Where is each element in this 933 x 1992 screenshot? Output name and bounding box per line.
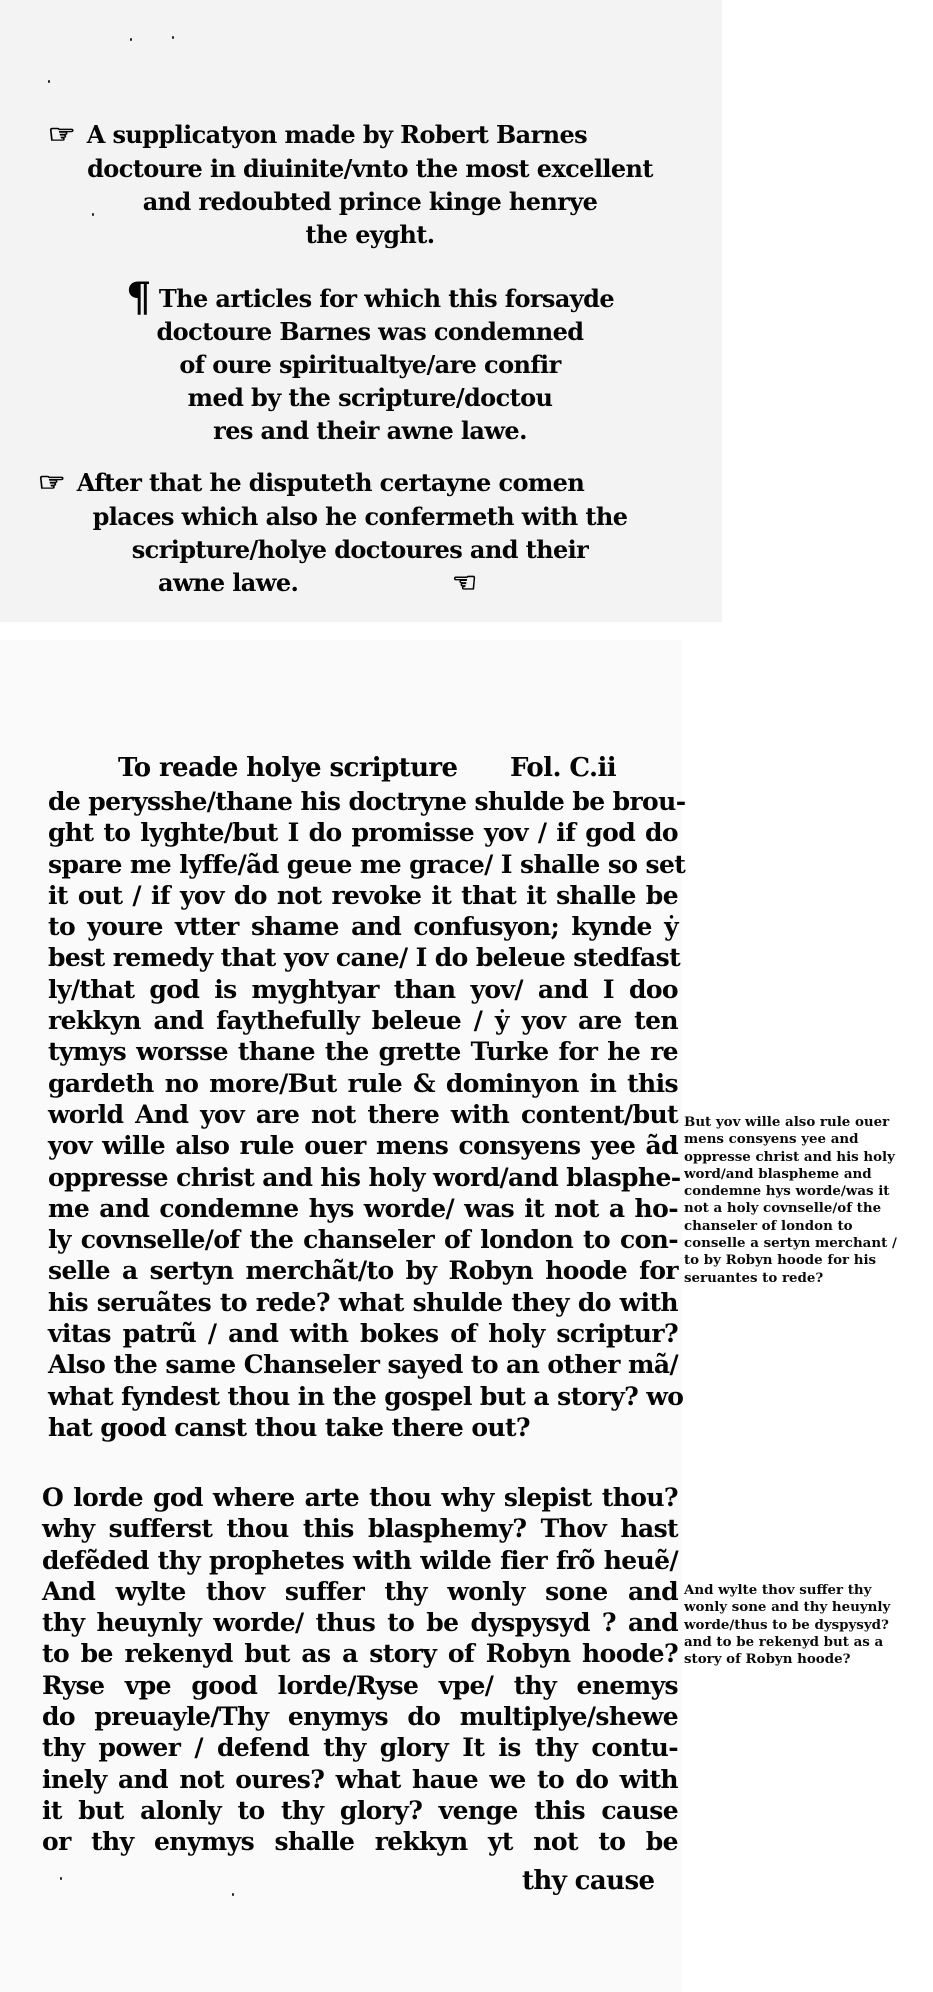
after-line-text: awne lawe. bbox=[158, 568, 298, 597]
text-line: O lorde god where arte thou why slepist … bbox=[42, 1482, 678, 1513]
disputation-heading: ☞After that he disputeth certayne comen … bbox=[40, 466, 680, 599]
after-line: ☞After that he disputeth certayne comen bbox=[40, 466, 680, 500]
text-line: thy power / defend thy glory It is thy c… bbox=[42, 1732, 678, 1763]
articles-line: res and their awne lawe. bbox=[90, 414, 650, 447]
after-line: scripture/holye doctoures and their bbox=[40, 533, 680, 566]
note-line: condemne hys worde/was it bbox=[684, 1183, 933, 1200]
text-line: world And yov are not there with content… bbox=[48, 1099, 678, 1130]
text-line: And wylte thov suffer thy wonly sone and bbox=[42, 1576, 678, 1607]
transcription-note-1: But yov wille also rule ouer mens consye… bbox=[684, 1114, 933, 1287]
pointing-hand-icon: ☞ bbox=[38, 467, 65, 500]
text-line: spare me lyffe/ãd geue me grace/ I shall… bbox=[48, 849, 678, 880]
note-line: seruantes to rede? bbox=[684, 1270, 933, 1287]
note-line: word/and blaspheme and bbox=[684, 1166, 933, 1183]
text-line: it but alonly to thy glory? venge this c… bbox=[42, 1795, 678, 1826]
catchword: thy cause bbox=[522, 1866, 654, 1896]
pointing-hand-left-icon: ☜ bbox=[452, 566, 477, 599]
text-line: hat good canst thou take there out? bbox=[48, 1412, 678, 1443]
text-line: best remedy that yov cane/ I do beleue s… bbox=[48, 942, 678, 973]
text-line: rekkyn and faythefully beleue / ẏ yov ar… bbox=[48, 1005, 678, 1036]
supplication-line: and redoubted prince kinge henrye bbox=[50, 185, 690, 218]
articles-heading: ¶The articles for which this forsayde do… bbox=[90, 282, 650, 447]
ink-speck bbox=[48, 80, 50, 83]
text-line: to youre vtter shame and confusyon; kynd… bbox=[48, 911, 678, 942]
text-line: his seruãtes to rede? what shulde they d… bbox=[48, 1287, 678, 1318]
ink-speck bbox=[172, 36, 174, 39]
text-line: Ryse vpe good lorde/Ryse vpe/ thy enemys bbox=[42, 1670, 678, 1701]
note-line: wonly sone and thy heuynly bbox=[684, 1599, 933, 1616]
text-line: gardeth no more/But rule & dominyon in t… bbox=[48, 1068, 678, 1099]
ink-speck bbox=[60, 1877, 62, 1880]
text-line: or thy enymys shalle rekkyn yt not to be bbox=[42, 1826, 678, 1857]
supplication-line: the eyght. bbox=[50, 218, 690, 251]
text-line: ly covnselle/of the chanseler of london … bbox=[48, 1224, 678, 1255]
text-line: selle a sertyn merchãt/to by Robyn hoode… bbox=[48, 1255, 678, 1286]
articles-line: ¶The articles for which this forsayde bbox=[90, 282, 650, 315]
note-line: to by Robyn hoode for his bbox=[684, 1252, 933, 1269]
ink-speck bbox=[232, 1893, 234, 1896]
text-line: inely and not oures? what haue we to do … bbox=[42, 1764, 678, 1795]
text-line: thy heuynly worde/ thus to be dyspysyd ?… bbox=[42, 1607, 678, 1638]
text-line: me and condemne hys worde/ was it not a … bbox=[48, 1193, 678, 1224]
note-line: mens consyens yee and bbox=[684, 1131, 933, 1148]
folio-number: Fol. C.ii bbox=[510, 752, 616, 784]
supplication-line-text: A supplicatyon made by Robert Barnes bbox=[87, 120, 587, 149]
supplication-line: doctoure in diuinite/vnto the most excel… bbox=[50, 152, 690, 185]
text-line: why sufferst thou this blasphemy? Thov h… bbox=[42, 1513, 678, 1544]
note-line: and to be rekenyd but as a bbox=[684, 1634, 933, 1651]
text-line: ly/that god is myghtyar than yov/ and I … bbox=[48, 974, 678, 1005]
supplication-heading: ☞A supplicatyon made by Robert Barnes do… bbox=[50, 118, 690, 251]
text-line: tymys worsse thane the grette Turke for … bbox=[48, 1036, 678, 1067]
blackletter-paragraph-1: de perysshe/thane his doctryne shulde be… bbox=[48, 786, 678, 1443]
articles-line: doctoure Barnes was condemned bbox=[90, 315, 650, 348]
articles-line: med by the scripture/doctou bbox=[90, 381, 650, 414]
after-line: places which also he confermeth with the bbox=[40, 500, 680, 533]
supplication-line: ☞A supplicatyon made by Robert Barnes bbox=[50, 118, 690, 152]
note-line: conselle a sertyn merchant / bbox=[684, 1235, 933, 1252]
note-line: worde/thus to be dyspysyd? bbox=[684, 1617, 933, 1634]
running-head-title: To reade holye scripture bbox=[118, 753, 457, 783]
text-line: it out / if yov do not revoke it that it… bbox=[48, 880, 678, 911]
text-line: what fyndest thou in the gospel but a st… bbox=[48, 1381, 678, 1412]
after-line: awne lawe.☜ bbox=[40, 566, 680, 599]
text-line: de perysshe/thane his doctryne shulde be… bbox=[48, 786, 678, 817]
text-line: defẽded thy prophetes with wilde fier fr… bbox=[42, 1545, 678, 1576]
ink-speck bbox=[130, 38, 132, 41]
text-line: Also the same Chanseler sayed to an othe… bbox=[48, 1349, 678, 1380]
note-line: oppresse christ and his holy bbox=[684, 1149, 933, 1166]
text-line: ght to lyghte/but I do promisse yov / if… bbox=[48, 817, 678, 848]
articles-line-text: The articles for which this forsayde bbox=[159, 284, 614, 313]
note-line: chanseler of london to bbox=[684, 1218, 933, 1235]
text-line: do preuayle/Thy enymys do multiplye/shew… bbox=[42, 1701, 678, 1732]
text-line: yov wille also rule ouer mens consyens y… bbox=[48, 1130, 678, 1161]
pointing-hand-icon: ☞ bbox=[48, 119, 75, 152]
pilcrow-icon: ¶ bbox=[126, 283, 151, 313]
after-line-text: After that he disputeth certayne comen bbox=[77, 468, 585, 497]
blackletter-paragraph-2: O lorde god where arte thou why slepist … bbox=[42, 1482, 678, 1858]
note-line: not a holy covnselle/of the bbox=[684, 1200, 933, 1217]
text-line: vitas patrũ / and with bokes of holy scr… bbox=[48, 1318, 678, 1349]
running-head: To reade holye scripture Fol. C.ii bbox=[118, 752, 678, 784]
transcription-note-2: And wylte thov suffer thy wonly sone and… bbox=[684, 1582, 933, 1668]
note-line: And wylte thov suffer thy bbox=[684, 1582, 933, 1599]
text-line: to be rekenyd but as a story of Robyn ho… bbox=[42, 1638, 678, 1669]
note-line: story of Robyn hoode? bbox=[684, 1651, 933, 1668]
articles-line: of oure spiritualtye/are confir bbox=[90, 348, 650, 381]
note-line: But yov wille also rule ouer bbox=[684, 1114, 933, 1131]
text-line: oppresse christ and his holy word/and bl… bbox=[48, 1162, 678, 1193]
